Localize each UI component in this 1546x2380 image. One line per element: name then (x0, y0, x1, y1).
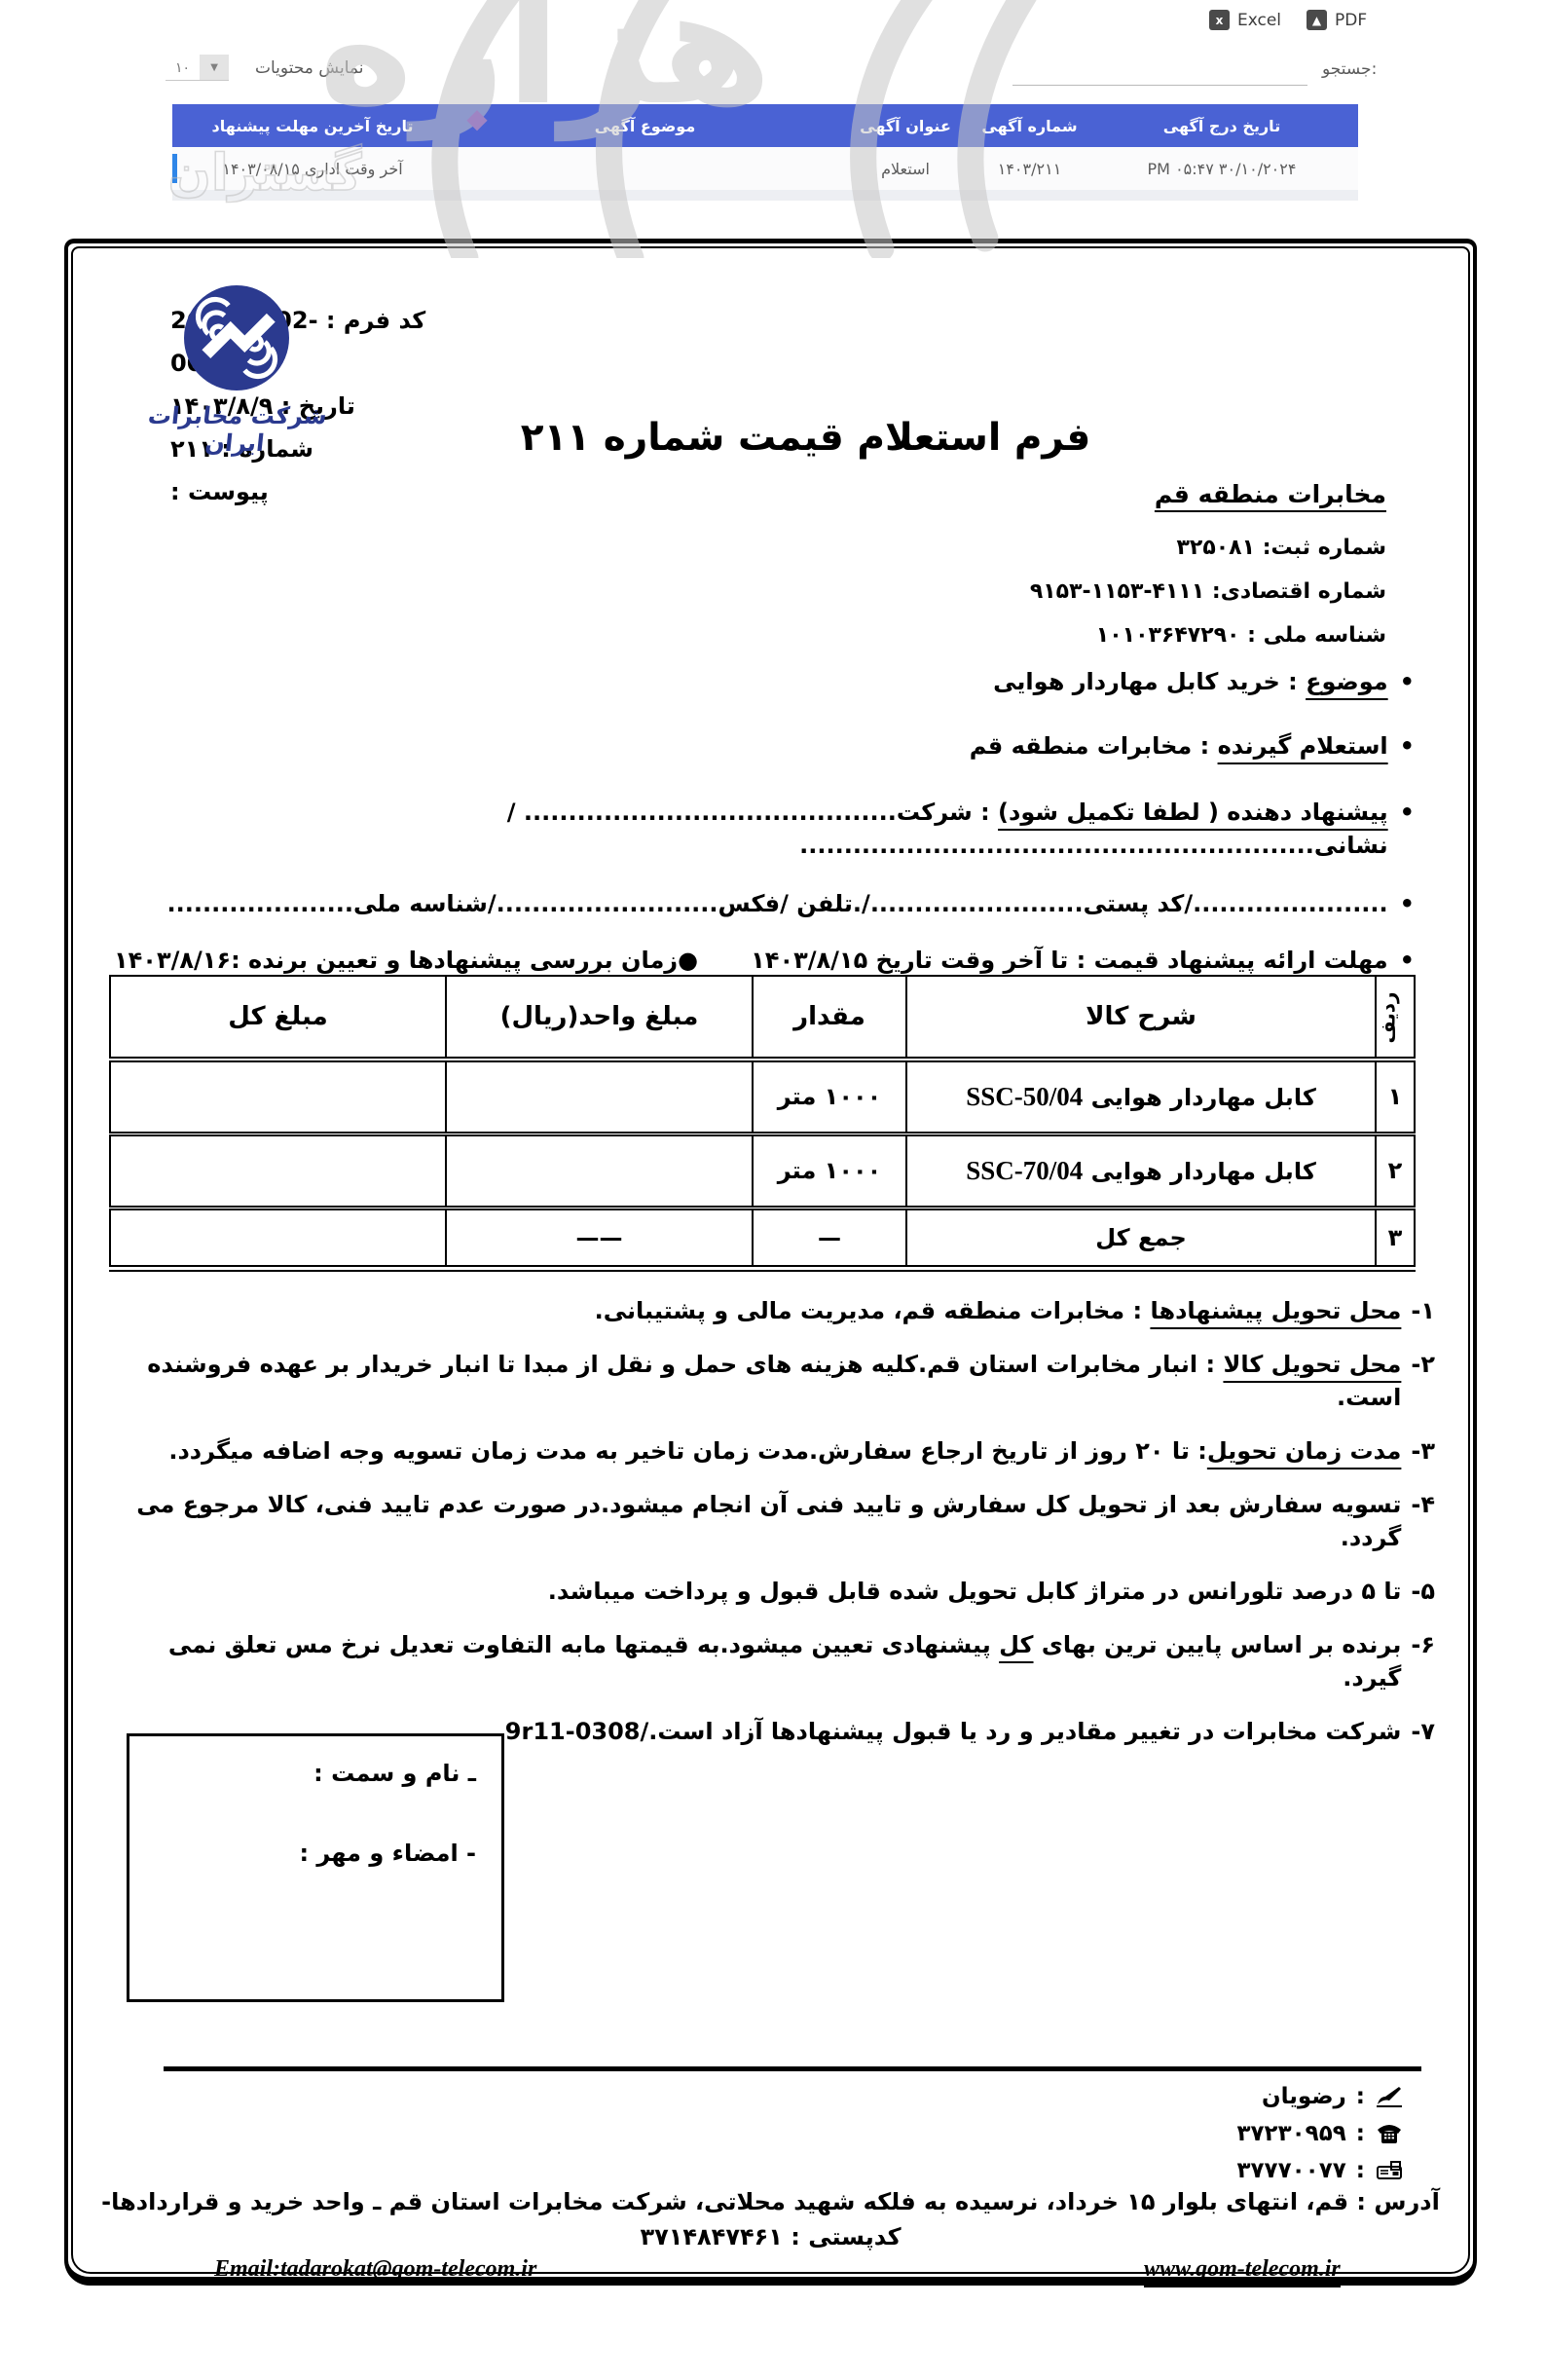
org-registration-no: شماره ثبت: ۳۲۵۰۸۱ (1030, 526, 1386, 570)
row-unit-price: —— (446, 1208, 753, 1268)
cell-ad-subject (453, 147, 837, 190)
pen-icon (1375, 2085, 1404, 2108)
cell-insert-date: PM ۰۵:۴۷ ۳۰/۱۰/۲۰۲۴ (1086, 147, 1358, 190)
row-description: جمع کل (906, 1208, 1376, 1268)
form-document: کد فرم : 2C1-FO-02-00 تاریخ : ۱۴۰۳/۸/۹ ش… (64, 239, 1477, 2286)
table-row: ۱ کابل مهاردار هوایی SSC-50/04 ۱۰۰۰ متر (110, 1060, 1415, 1134)
header-ad-subject[interactable]: موضوع آگهی (453, 104, 837, 147)
row-no: ۱ (1376, 1060, 1415, 1134)
header-deadline[interactable]: تاریخ آخرین مهلت پیشنهاد (172, 104, 453, 147)
listing-header-row: تاریخ درج آگهی شماره آگهی عنوان آگهی موض… (172, 104, 1358, 147)
entries-label: نمایش محتویات (255, 58, 363, 78)
org-block: مخابرات منطقه قم شماره ثبت: ۳۲۵۰۸۱ شماره… (1030, 480, 1386, 657)
listing-table: تاریخ درج آگهی شماره آگهی عنوان آگهی موض… (172, 104, 1358, 201)
bullet-contact-fields: • ....................../کد پستی........… (114, 887, 1415, 920)
form-title: فرم استعلام قیمت شماره ۲۱۱ (108, 416, 1503, 460)
pdf-export-button[interactable]: ▲ PDF (1307, 10, 1367, 30)
chevron-down-icon: ▼ (210, 62, 218, 73)
form-attachment-line: پیوست : (170, 470, 446, 513)
phone-line: : ۳۷۲۳۰۹۵۹ (1236, 2115, 1404, 2152)
email-link: Email:tadarokat@qom-telecom.ir (214, 2256, 536, 2283)
row-quantity: ۱۰۰۰ متر (753, 1060, 906, 1134)
row-quantity: ۱۰۰۰ متر (753, 1134, 906, 1208)
note-item: ۵-تا ۵ درصد تلورانس در متراژ کابل تحویل … (112, 1575, 1435, 1608)
bullet-deadline: • مهلت ارائه پیشنهاد قیمت : تا آخر وقت ت… (114, 944, 1415, 977)
entries-arrow-box: ▼ (200, 55, 229, 80)
excel-label: Excel (1237, 11, 1281, 30)
bullet-subject: • موضوع : خرید کابل مهاردار هوایی (114, 665, 1415, 698)
search-label: جستجو: (1322, 59, 1377, 79)
website-link: www.qom-telecom.ir (1144, 2256, 1341, 2287)
page: هزاره گستران x Excel ▲ PDF جستجو: ۱۰ ▼ ن… (0, 0, 1546, 2380)
entries-control: ۱۰ ▼ (166, 55, 229, 81)
fax-line: : ۳۷۷۷۰۰۷۷ (1236, 2152, 1404, 2189)
listing-next-row-strip (172, 190, 1358, 201)
row-description: کابل مهاردار هوایی SSC-70/04 (906, 1134, 1376, 1208)
org-national-id: شناسه ملی : ۱۰۱۰۳۶۴۷۲۹۰ (1030, 614, 1386, 657)
form-bullet-list: • موضوع : خرید کابل مهاردار هوایی • استع… (114, 665, 1415, 977)
signature-stamp-label: - امضاء و مهر : (155, 1840, 476, 1867)
footer-postal-code: کدپستی : ۳۷۱۴۸۴۷۴۶۱ (73, 2223, 1468, 2250)
header-insert-date[interactable]: تاریخ درج آگهی (1086, 104, 1358, 147)
row-no: ۲ (1376, 1134, 1415, 1208)
form-document-inner-frame: کد فرم : 2C1-FO-02-00 تاریخ : ۱۴۰۳/۸/۹ ش… (71, 246, 1470, 2274)
row-total-price (110, 1134, 446, 1208)
search-input[interactable] (1012, 64, 1307, 86)
footer-address: آدرس : قم، انتهای بلوار ۱۵ خرداد، نرسیده… (73, 2188, 1468, 2215)
col-description: شرح کالا (906, 976, 1376, 1060)
signature-box: ـ نام و سمت : - امضاء و مهر : (127, 1733, 504, 2002)
pdf-icon: ▲ (1307, 10, 1327, 30)
phone-icon (1375, 2122, 1404, 2145)
row-no: ۳ (1376, 1208, 1415, 1268)
col-quantity: مقدار (753, 976, 906, 1060)
col-total-price: مبلغ کل (110, 976, 446, 1060)
listing-data-row[interactable]: PM ۰۵:۴۷ ۳۰/۱۰/۲۰۲۴ ۱۴۰۳/۲۱۱ استعلام آخر… (172, 147, 1358, 190)
excel-icon: x (1209, 10, 1230, 30)
excel-export-button[interactable]: x Excel (1209, 10, 1281, 30)
contact-person-line: : رضویان (1236, 2078, 1404, 2115)
entries-select[interactable]: ۱۰ ▼ (166, 55, 229, 81)
row-total-price (110, 1060, 446, 1134)
cell-ad-title: استعلام (837, 147, 974, 190)
note-item: ۲-محل تحویل کالا : انبار مخابرات استان ق… (112, 1348, 1435, 1414)
footer-separator (164, 2066, 1421, 2071)
note-item: ۶-برنده بر اساس پایین ترین بهای کل پیشنه… (112, 1628, 1435, 1694)
header-ad-number[interactable]: شماره آگهی (974, 104, 1086, 147)
org-economic-no: شماره اقتصادی: ۴۱۱۱-۱۱۵۳-۹۱۵۳ (1030, 570, 1386, 614)
col-row-no: ردیف (1376, 976, 1415, 1060)
table-row: ۲ کابل مهاردار هوایی SSC-70/04 ۱۰۰۰ متر (110, 1134, 1415, 1208)
phone-number: ۳۷۲۳۰۹۵۹ (1236, 2121, 1345, 2146)
note-item: ۱-محل تحویل پیشنهادها : مخابرات منطقه قم… (112, 1294, 1435, 1327)
note-item: ۳-مدت زمان تحویل: تا ۲۰ روز از تاریخ ارج… (112, 1434, 1435, 1468)
items-table-wrap: ردیف شرح کالا مقدار مبلغ واحد(ریال) مبلغ… (109, 975, 1416, 1272)
fax-number: ۳۷۷۷۰۰۷۷ (1236, 2158, 1345, 2183)
table-sum-row: ۳ جمع کل — —— (110, 1208, 1415, 1268)
bullet-inquirer: • استعلام گیرنده : مخابرات منطقه قم (114, 729, 1415, 762)
form-notes: ۱-محل تحویل پیشنهادها : مخابرات منطقه قم… (112, 1294, 1435, 1768)
row-total-price (110, 1208, 446, 1268)
footer-contacts: : رضویان : ۳۷۲۳۰۹۵۹ (1236, 2078, 1404, 2189)
note-item: ۴-تسویه سفارش بعد از تحویل کل سفارش و تا… (112, 1488, 1435, 1554)
items-header-row: ردیف شرح کالا مقدار مبلغ واحد(ریال) مبلغ… (110, 976, 1415, 1060)
cell-ad-number: ۱۴۰۳/۲۱۱ (974, 147, 1086, 190)
row-focus-indicator (172, 154, 177, 183)
items-table: ردیف شرح کالا مقدار مبلغ واحد(ریال) مبلغ… (109, 975, 1416, 1272)
fax-icon (1375, 2159, 1404, 2182)
cell-deadline: آخر وقت اداری ۱۴۰۳/۰۸/۱۵ (172, 147, 453, 190)
org-region: مخابرات منطقه قم (1030, 480, 1386, 508)
export-buttons: x Excel ▲ PDF (1209, 10, 1367, 30)
bullet-bidder: • پیشنهاد دهنده ( لطفا تکمیل شود) : شرکت… (114, 796, 1415, 862)
row-unit-price (446, 1060, 753, 1134)
signature-name-label: ـ نام و سمت : (155, 1760, 476, 1787)
row-unit-price (446, 1134, 753, 1208)
row-quantity: — (753, 1208, 906, 1268)
row-description: کابل مهاردار هوایی SSC-50/04 (906, 1060, 1376, 1134)
header-ad-title[interactable]: عنوان آگهی (837, 104, 974, 147)
pdf-label: PDF (1335, 11, 1367, 30)
contact-person: رضویان (1262, 2084, 1346, 2109)
col-unit-price: مبلغ واحد(ریال) (446, 976, 753, 1060)
tci-logo-icon (184, 285, 289, 390)
entries-value: ۱۰ (166, 55, 200, 80)
